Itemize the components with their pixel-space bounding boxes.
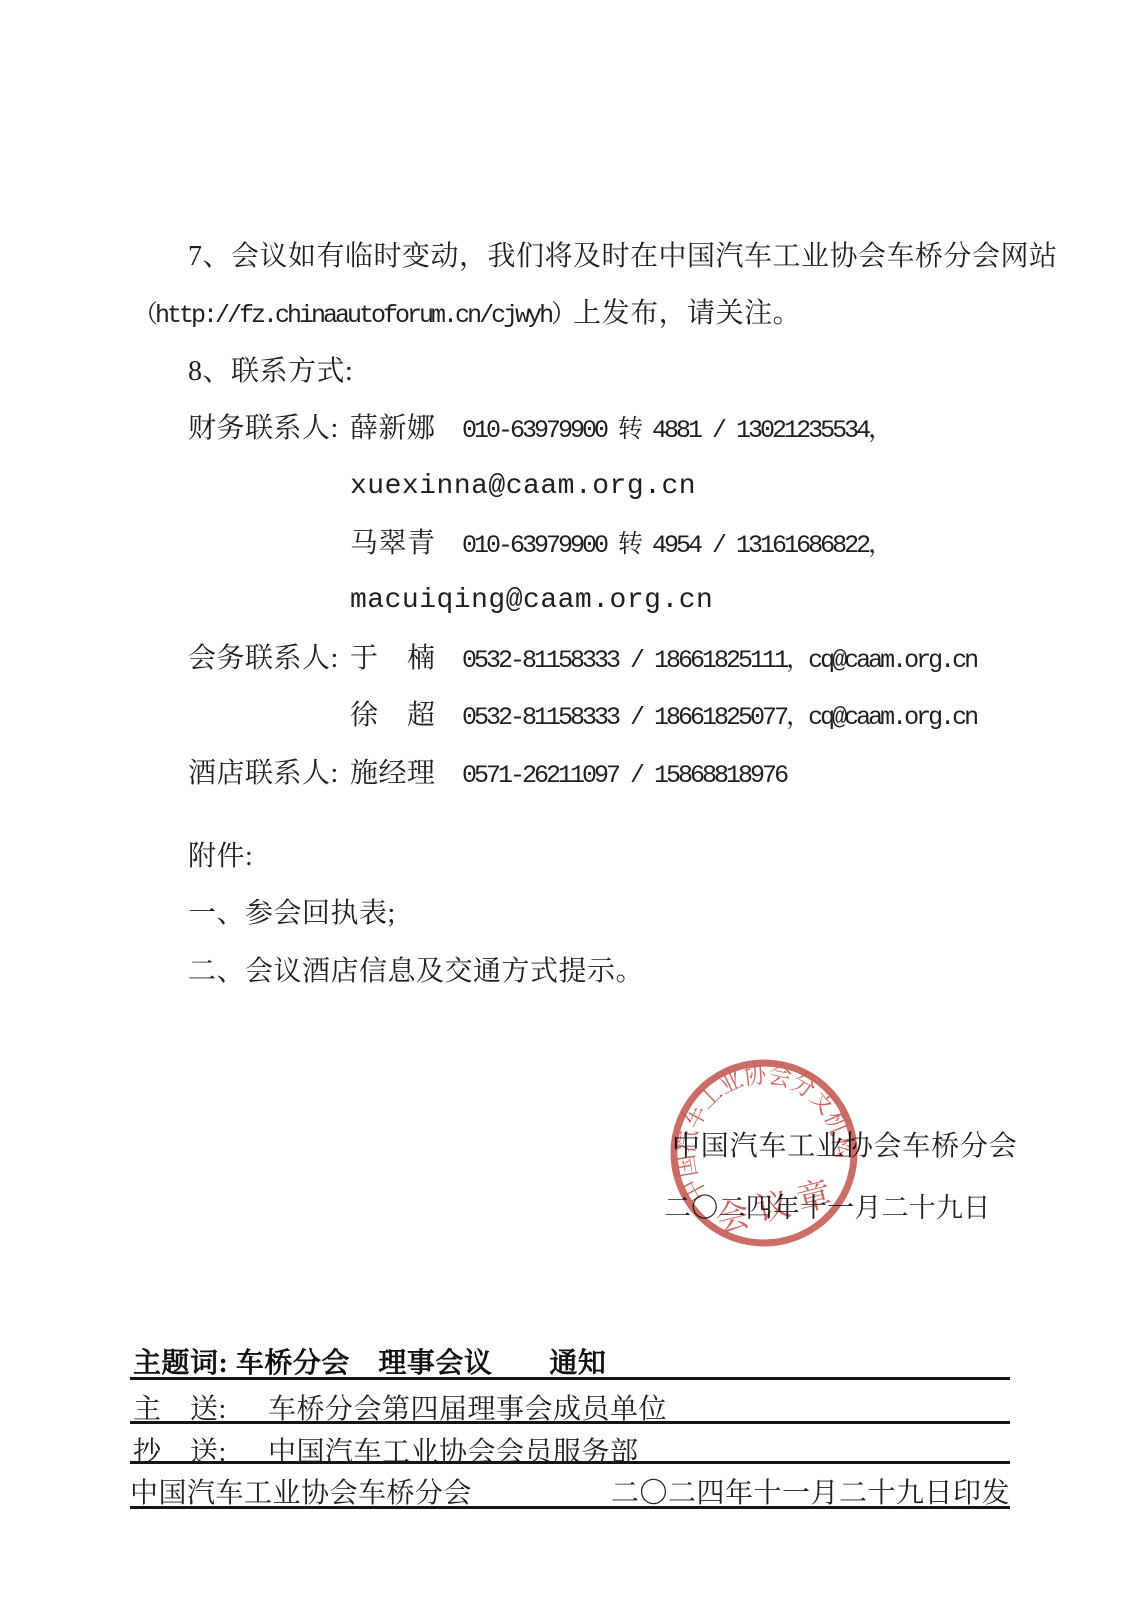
- contact-name: 施经理: [350, 745, 462, 802]
- contact-detail: 010-63979900 转 4881 / 13021235534，: [462, 402, 890, 459]
- divider-line: [130, 1377, 1010, 1380]
- divider-line: [130, 1421, 1010, 1424]
- official-seal: 中国汽车工业协会分支机构 会议章: [664, 1053, 864, 1253]
- contact-detail: 0532-81158333 / 18661825077，cq@caam.org.…: [462, 689, 976, 746]
- paragraph-contact-heading: 8、联系方式:: [133, 343, 1015, 400]
- attachments-block: 附件: 一、参会回执表; 二、会议酒店信息及交通方式提示。: [133, 828, 1015, 1000]
- contact-name: 于 楠: [350, 630, 462, 687]
- subject-label: 主题词:: [133, 1348, 228, 1379]
- subject-terms: 车桥分会 理事会议 通知: [236, 1348, 607, 1379]
- website-url-tail: 上发布，请关注。: [573, 298, 801, 329]
- contact-row: 会务联系人: 于 楠 0532-81158333 / 18661825111，c…: [133, 630, 1015, 687]
- contact-row: 徐 超 0532-81158333 / 18661825077，cq@caam.…: [133, 687, 1015, 744]
- issuer-row: 中国汽车工业协会车桥分会 二〇二四年十一月二十九日印发: [130, 1471, 1010, 1511]
- website-url: （http://fz.chinaautoforum.cn/cjwyh）: [133, 301, 573, 330]
- attachments-heading: 附件:: [133, 828, 1015, 885]
- contact-row: 酒店联系人: 施经理 0571-26211097 / 15868818976: [133, 745, 1015, 802]
- contact-detail: 010-63979900 转 4954 / 13161686822，: [462, 517, 890, 574]
- divider-line: [130, 1461, 1010, 1464]
- attachment-item-2: 二、会议酒店信息及交通方式提示。: [133, 943, 1015, 1000]
- cc-send-row: 抄 送:中国汽车工业协会会员服务部: [133, 1430, 639, 1470]
- contact-name: 马翠青: [350, 515, 462, 572]
- body-text-block: 7、会议如有临时变动，我们将及时在中国汽车工业协会车桥分会网站 （http://…: [133, 228, 1015, 802]
- contact-name: 徐 超: [350, 687, 462, 744]
- document-page: 7、会议如有临时变动，我们将及时在中国汽车工业协会车桥分会网站 （http://…: [0, 0, 1131, 1600]
- contact-row: macuiqing@caam.org.cn: [133, 572, 1015, 629]
- contact-row: xuexinna@caam.org.cn: [133, 458, 1015, 515]
- contact-detail: 0532-81158333 / 18661825111，cq@caam.org.…: [462, 632, 976, 689]
- contact-row: 马翠青 010-63979900 转 4954 / 13161686822，: [133, 515, 1015, 572]
- cc-send-label: 抄 送:: [133, 1430, 268, 1470]
- contact-label: 财务联系人:: [188, 400, 350, 457]
- seal-bottom-text: 会议章: [712, 1173, 843, 1240]
- contact-email: macuiqing@caam.org.cn: [350, 572, 713, 629]
- paragraph-website-notice: 7、会议如有临时变动，我们将及时在中国汽车工业协会车桥分会网站: [133, 228, 1015, 285]
- attachment-item-1: 一、参会回执表;: [133, 885, 1015, 942]
- contact-row: 财务联系人: 薛新娜 010-63979900 转 4881 / 1302123…: [133, 400, 1015, 457]
- contact-name: 薛新娜: [350, 400, 462, 457]
- paragraph-website-url: （http://fz.chinaautoforum.cn/cjwyh）上发布，请…: [133, 285, 1015, 342]
- contact-email: xuexinna@caam.org.cn: [350, 458, 696, 515]
- divider-line: [130, 1506, 1010, 1509]
- contact-detail: 0571-26211097 / 15868818976: [462, 747, 786, 804]
- subject-keywords-row: 主题词: 车桥分会 理事会议 通知: [133, 1341, 606, 1381]
- contact-label: 酒店联系人:: [188, 745, 350, 802]
- contact-label: 会务联系人:: [188, 630, 350, 687]
- print-date: 二〇二四年十一月二十九日印发: [611, 1471, 1010, 1511]
- issuer-name: 中国汽车工业协会车桥分会: [130, 1471, 472, 1511]
